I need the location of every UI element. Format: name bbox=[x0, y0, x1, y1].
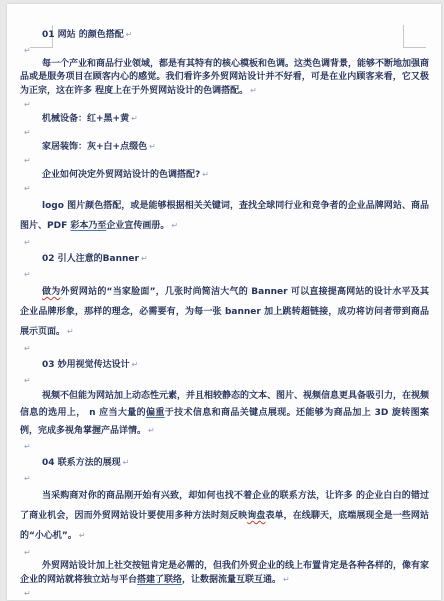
paragraph-mark-icon: ↵ bbox=[79, 531, 86, 540]
paragraph-mark-icon: ↵ bbox=[148, 426, 155, 435]
empty-line: ↵ bbox=[20, 44, 429, 58]
paragraph-mark-icon: ↵ bbox=[24, 184, 31, 193]
empty-line: ↵ bbox=[20, 440, 429, 454]
text-run: 每一个产业和商品行业领域，都是有其特有的核心模板和色调。这类色调背景，能够不断地… bbox=[20, 59, 429, 96]
grammar-underlined-text: 彩本乃至 bbox=[70, 221, 106, 231]
text-run: 企业如何决定外贸网站设计的色调搭配? bbox=[42, 170, 200, 180]
text-run: 04 联系方法的展现 bbox=[42, 458, 121, 468]
text-run: 02 引人注意的Banner bbox=[42, 254, 139, 264]
text-run: 家居装饰：灰+白+点缀色 bbox=[42, 142, 147, 152]
empty-line: ↵ bbox=[20, 154, 429, 168]
empty-line: ↵ bbox=[20, 268, 429, 282]
paragraph-mark-icon: ↵ bbox=[24, 442, 31, 451]
paragraph-mark-icon: ↵ bbox=[24, 100, 31, 109]
paragraph: 外贸网站设计加上社交按钮肯定是必需的，但我们外贸企业的线上布置肯定是各种各样的，… bbox=[20, 560, 429, 587]
paragraph-mark-icon: ↵ bbox=[123, 458, 130, 467]
paragraph-mark-icon: ↵ bbox=[126, 30, 133, 39]
empty-line: ↵ bbox=[20, 98, 429, 112]
paragraph-mark-icon: ↵ bbox=[24, 589, 31, 598]
text-run: 机械设备：红+黑+黄 bbox=[42, 114, 129, 124]
section-heading: 01 网站 的颜色搭配↵ bbox=[20, 28, 429, 42]
paragraph-mark-icon: ↵ bbox=[131, 114, 138, 123]
empty-line: ↵ bbox=[20, 546, 429, 560]
paragraph-mark-icon: ↵ bbox=[283, 575, 290, 584]
spell-underlined-text: 做为 bbox=[42, 287, 60, 297]
paragraph-mark-icon: ↵ bbox=[24, 376, 31, 385]
list-item: 企业如何决定外贸网站设计的色调搭配?↵ bbox=[20, 168, 429, 182]
paragraph-mark-icon: ↵ bbox=[24, 46, 31, 55]
grammar-underlined-text: 搭建了联络 bbox=[137, 575, 182, 585]
paragraph: 当采购商对你的商品刚开始有兴致，却如何也找不着企业的联系方法，让许多 的企业白白… bbox=[20, 486, 429, 546]
paragraph: 做为外贸网站的“当家脸面”，几张时尚简洁大气的 Banner 可以直接提高网站的… bbox=[20, 282, 429, 342]
paragraph-mark-icon: ↵ bbox=[67, 327, 74, 336]
paragraph-mark-icon: ↵ bbox=[132, 360, 139, 369]
document-page: 01 网站 的颜色搭配↵↵每一个产业和商品行业领域，都是有其特有的核心模板和色调… bbox=[7, 4, 441, 600]
list-item: 机械设备：红+黑+黄↵ bbox=[20, 112, 429, 126]
paragraph-mark-icon: ↵ bbox=[24, 238, 31, 247]
list-item: 家居装饰：灰+白+点缀色↵ bbox=[20, 140, 429, 154]
document-body: 01 网站 的颜色搭配↵↵每一个产业和商品行业领域，都是有其特有的核心模板和色调… bbox=[20, 26, 429, 600]
empty-line: ↵ bbox=[20, 374, 429, 388]
paragraph-mark-icon: ↵ bbox=[24, 474, 31, 483]
paragraph: 视频不但能为网站加上动态性元素，并且相较静态的文本、图片、视频信息更具备吸引力，… bbox=[20, 388, 429, 440]
paragraph-mark-icon: ↵ bbox=[171, 221, 178, 230]
text-run: 01 网站 的颜色搭配 bbox=[42, 30, 124, 40]
paragraph-mark-icon: ↵ bbox=[202, 170, 209, 179]
paragraph: logo 图片颜色搭配，或是能够根据相关关键词，查找全球同行业和竞争者的企业品牌… bbox=[20, 196, 429, 236]
paragraph-mark-icon: ↵ bbox=[24, 156, 31, 165]
text-run: 03 妙用视觉传达设计 bbox=[42, 360, 130, 370]
empty-line: ↵ bbox=[20, 126, 429, 140]
paragraph-mark-icon: ↵ bbox=[149, 142, 156, 151]
paragraph-mark-icon: ↵ bbox=[24, 128, 31, 137]
empty-line: ↵ bbox=[20, 472, 429, 486]
spell-underlined-text: 询盘 bbox=[247, 511, 265, 521]
paragraph-mark-icon: ↵ bbox=[141, 254, 148, 263]
text-run: 外贸网站的“当家脸面”，几张时尚简洁大气的 Banner 可以直接提高网站的设计… bbox=[20, 287, 429, 337]
empty-line: ↵ bbox=[20, 182, 429, 196]
section-heading: 02 引人注意的Banner↵ bbox=[20, 252, 429, 266]
empty-line: ↵ bbox=[20, 236, 429, 250]
section-heading: 03 妙用视觉传达设计↵ bbox=[20, 358, 429, 372]
grammar-underlined-text: 偏重 bbox=[146, 408, 165, 418]
paragraph-mark-icon: ↵ bbox=[24, 270, 31, 279]
section-heading: 04 联系方法的展现↵ bbox=[20, 456, 429, 470]
paragraph: 每一个产业和商品行业领域，都是有其特有的核心模板和色调。这类色调背景，能够不断地… bbox=[20, 58, 429, 98]
paragraph-mark-icon: ↵ bbox=[250, 86, 257, 95]
empty-line: ↵ bbox=[20, 342, 429, 356]
empty-line: ↵ bbox=[20, 587, 429, 600]
paragraph-mark-icon: ↵ bbox=[24, 548, 31, 557]
paragraph-mark-icon: ↵ bbox=[24, 344, 31, 353]
text-run: 企业宣传画册。 bbox=[106, 221, 169, 231]
text-run: ，让数据流量互联互通。 bbox=[182, 575, 281, 585]
